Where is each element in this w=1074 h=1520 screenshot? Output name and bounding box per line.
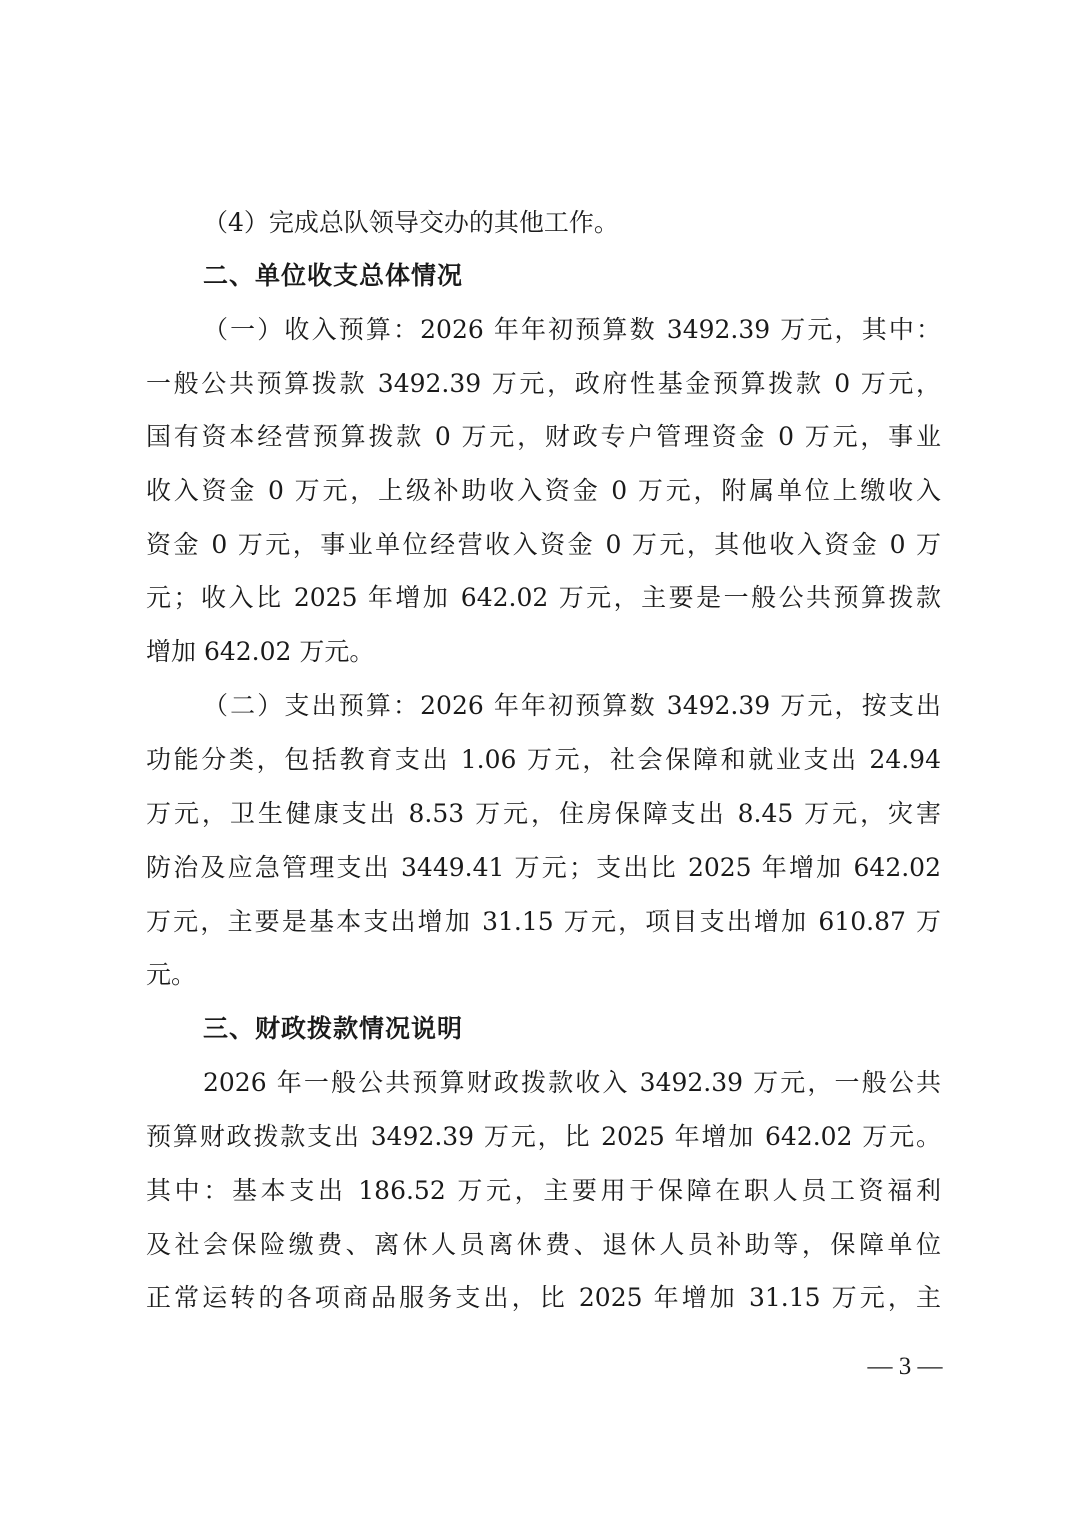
paragraph-expenditure-line-6: 元。: [146, 957, 941, 993]
paragraph-expenditure-line-2: 功能分类，包括教育支出 1.06 万元，社会保障和就业支出 24.94: [146, 742, 941, 778]
list-item-4: （4）完成总队领导交办的其他工作。: [203, 205, 941, 241]
paragraph-appropriation-line-3: 其中：基本支出 186.52 万元，主要用于保障在职人员工资福利: [146, 1173, 941, 1209]
paragraph-appropriation-line-5: 正常运转的各项商品服务支出，比 2025 年增加 31.15 万元，主: [146, 1280, 941, 1316]
paragraph-appropriation-line-2: 预算财政拨款支出 3492.39 万元，比 2025 年增加 642.02 万元…: [146, 1119, 941, 1155]
paragraph-expenditure-line-1: （二）支出预算：2026 年年初预算数 3492.39 万元，按支出: [203, 688, 941, 724]
section-heading-3: 三、财政拨款情况说明: [203, 1011, 941, 1047]
paragraph-expenditure-line-5: 万元，主要是基本支出增加 31.15 万元，项目支出增加 610.87 万: [146, 904, 941, 940]
section-heading-2: 二、单位收支总体情况: [203, 258, 941, 294]
paragraph-appropriation-line-1: 2026 年一般公共预算财政拨款收入 3492.39 万元，一般公共: [203, 1065, 941, 1101]
paragraph-income-line-2: 一般公共预算拨款 3492.39 万元，政府性基金预算拨款 0 万元，: [146, 366, 941, 402]
paragraph-expenditure-line-4: 防治及应急管理支出 3449.41 万元；支出比 2025 年增加 642.02: [146, 850, 941, 886]
paragraph-income-line-4: 收入资金 0 万元，上级补助收入资金 0 万元，附属单位上缴收入: [146, 473, 941, 509]
paragraph-income-line-7: 增加 642.02 万元。: [146, 634, 941, 670]
page-number: — 3 —: [860, 1350, 950, 1384]
paragraph-appropriation-line-4: 及社会保险缴费、离休人员离休费、退休人员补助等，保障单位: [146, 1227, 941, 1263]
paragraph-income-line-3: 国有资本经营预算拨款 0 万元，财政专户管理资金 0 万元，事业: [146, 419, 941, 455]
document-page: （4）完成总队领导交办的其他工作。 二、单位收支总体情况 （一）收入预算：202…: [0, 0, 1074, 1520]
paragraph-expenditure-line-3: 万元，卫生健康支出 8.53 万元，住房保障支出 8.45 万元，灾害: [146, 796, 941, 832]
paragraph-income-line-5: 资金 0 万元，事业单位经营收入资金 0 万元，其他收入资金 0 万: [146, 527, 941, 563]
paragraph-income-line-6: 元；收入比 2025 年增加 642.02 万元，主要是一般公共预算拨款: [146, 580, 941, 616]
paragraph-income-line-1: （一）收入预算：2026 年年初预算数 3492.39 万元，其中：: [203, 312, 941, 348]
